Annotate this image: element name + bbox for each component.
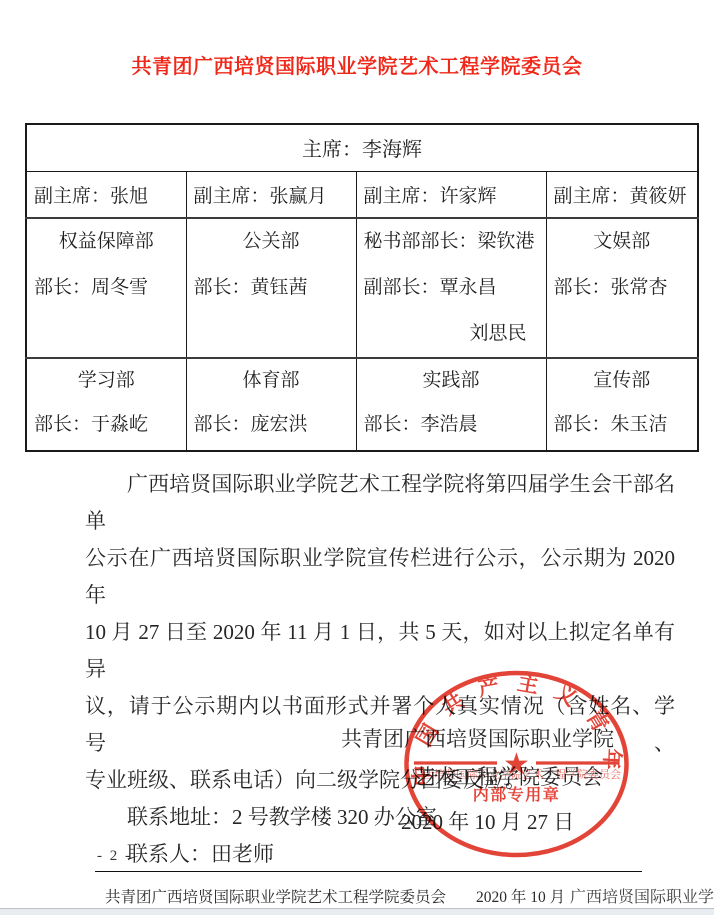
dept-head: 部长：周冬雪 <box>27 265 186 311</box>
dept-cell: 学习部 部长：于淼屹 <box>26 358 186 451</box>
page-number: - 2 - <box>97 848 132 865</box>
dept-deputy-2: 刘思民 <box>357 311 546 357</box>
committee-roster-table: 主席：李海辉 副主席：张旭 副主席：张赢月 副主席：许家辉 副主席：黄筱妍 权益… <box>25 123 699 452</box>
dept-name: 权益保障部 <box>27 219 186 265</box>
stamp-bottom-text: 内部专用章 <box>473 785 561 804</box>
body-line: 公示在广西培贤国际职业学院宣传栏进行公示，公示期为 2020 年 <box>85 540 675 614</box>
department-row-2: 学习部 部长：于淼屹 体育部 部长：庞宏洪 实践部 部长：李浩晨 宣传部 部长：… <box>26 358 698 451</box>
dept-name: 文娱部 <box>547 219 698 265</box>
dept-head: 部长：朱玉洁 <box>547 403 698 447</box>
dept-head: 部长：于淼屹 <box>27 403 186 447</box>
dept-name: 学习部 <box>27 359 186 403</box>
vice-chair-row: 副主席：张旭 副主席：张赢月 副主席：许家辉 副主席：黄筱妍 <box>26 171 698 218</box>
vice-chair-cell: 副主席：张旭 <box>26 171 186 218</box>
dept-cell: 权益保障部 部长：周冬雪 <box>26 218 186 358</box>
dept-head: 部长：李浩晨 <box>357 403 546 447</box>
viewer-bottom-strip <box>0 908 714 915</box>
dept-cell: 公关部 部长：黄钰茜 <box>186 218 356 358</box>
official-seal-stamp: 中国共产主义青年团 ★ 广西培贤国际职业学院艺术工程学院委员会 内部专用章 <box>398 666 638 866</box>
vice-chair-cell: 副主席：张赢月 <box>186 171 356 218</box>
document-page: 共青团广西培贤国际职业学院艺术工程学院委员会 主席：李海辉 副主席：张旭 副主席… <box>0 0 714 915</box>
dept-cell: 文娱部 部长：张常杏 <box>546 218 698 358</box>
vice-chair-cell: 副主席：许家辉 <box>356 171 546 218</box>
chair-row: 主席：李海辉 <box>26 124 698 171</box>
dept-head: 部长：黄钰茜 <box>187 265 356 311</box>
dept-head: 部长：庞宏洪 <box>187 403 356 447</box>
stamp-owner-text: 广西培贤国际职业学院艺术工程学院委员会 <box>412 767 621 781</box>
dept-name: 实践部 <box>357 359 546 403</box>
dept-name: 宣传部 <box>547 359 698 403</box>
footer-issuer-line: 共青团广西培贤国际职业学院艺术工程学院委员会 2020 年 10 月 27 日印… <box>105 885 635 907</box>
dept-name: 体育部 <box>187 359 356 403</box>
document-title: 共青团广西培贤国际职业学院艺术工程学院委员会 <box>0 50 714 79</box>
dept-cell: 实践部 部长：李浩晨 <box>356 358 546 451</box>
dept-name: 秘书部部长：梁钦港 <box>357 219 546 265</box>
dept-name: 公关部 <box>187 219 356 265</box>
footer-divider <box>95 871 642 872</box>
body-line: 广西培贤国际职业学院艺术工程学院将第四届学生会干部名单 <box>85 466 675 540</box>
department-row-1: 权益保障部 部长：周冬雪 公关部 部长：黄钰茜 秘书部部长：梁钦港 副部长：覃永… <box>26 218 698 358</box>
dept-head: 副部长：覃永昌 <box>357 265 546 311</box>
vice-chair-cell: 副主席：黄筱妍 <box>546 171 698 218</box>
dept-cell: 体育部 部长：庞宏洪 <box>186 358 356 451</box>
footer-overlay-label: 广西培贤国际职业学院 <box>568 883 714 908</box>
dept-cell: 宣传部 部长：朱玉洁 <box>546 358 698 451</box>
dept-cell: 秘书部部长：梁钦港 副部长：覃永昌 刘思民 <box>356 218 546 358</box>
dept-head: 部长：张常杏 <box>547 265 698 311</box>
footer-issuer: 共青团广西培贤国际职业学院艺术工程学院委员会 <box>105 885 446 907</box>
chair-cell: 主席：李海辉 <box>26 124 698 171</box>
